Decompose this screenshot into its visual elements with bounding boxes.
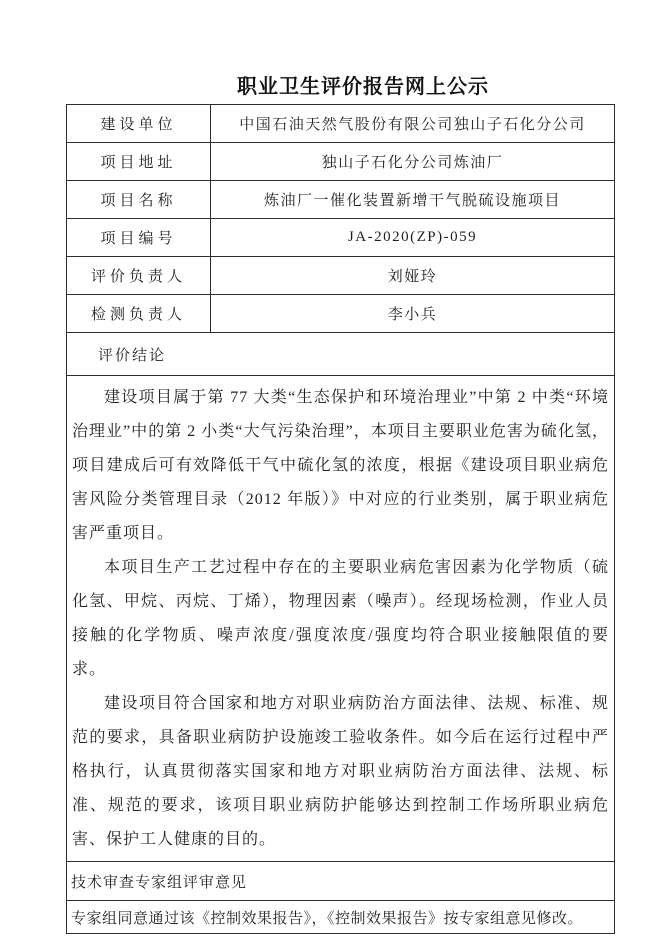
conclusion-paragraph-2: 本项目生产工艺过程中存在的主要职业病危害因素为化学物质（硫化氢、甲烷、丙烷、丁烯… bbox=[72, 551, 609, 687]
report-table: 建设单位 中国石油天然气股份有限公司独山子石化分公司 项目地址 独山子石化分公司… bbox=[66, 104, 615, 934]
page-title: 职业卫生评价报告网上公示 bbox=[0, 0, 670, 104]
table-row-review-header: 技术审查专家组评审意见 bbox=[67, 862, 615, 901]
review-opinion-text: 专家组同意通过该《控制效果报告》，《控制效果报告》按专家组意见修改。 bbox=[67, 901, 615, 934]
row-label-testing-leader: 检测负责人 bbox=[67, 295, 211, 333]
row-value-testing-leader: 李小兵 bbox=[211, 295, 615, 333]
row-value-project-name: 炼油厂一催化装置新增干气脱硫设施项目 bbox=[211, 181, 615, 219]
row-value-project-address: 独山子石化分公司炼油厂 bbox=[211, 143, 615, 181]
conclusion-body-cell: 建设项目属于第 77 大类“生态保护和环境治理业”中第 2 中类“环境治理业”中… bbox=[67, 376, 615, 862]
row-value-evaluation-leader: 刘娅玲 bbox=[211, 257, 615, 295]
conclusion-paragraph-3: 建设项目符合国家和地方对职业病防治方面法律、法规、标准、规范的要求，具备职业病防… bbox=[72, 687, 609, 857]
table-row-project-number: 项目编号 JA-2020(ZP)-059 bbox=[67, 219, 615, 257]
table-row-project-address: 项目地址 独山子石化分公司炼油厂 bbox=[67, 143, 615, 181]
row-label-project-number: 项目编号 bbox=[67, 219, 211, 257]
table-row-testing-leader: 检测负责人 李小兵 bbox=[67, 295, 615, 333]
row-label-construction-unit: 建设单位 bbox=[67, 105, 211, 143]
row-label-evaluation-leader: 评价负责人 bbox=[67, 257, 211, 295]
row-value-project-number: JA-2020(ZP)-059 bbox=[211, 219, 615, 257]
review-header-label: 技术审查专家组评审意见 bbox=[67, 862, 615, 901]
table-row-conclusion-body: 建设项目属于第 77 大类“生态保护和环境治理业”中第 2 中类“环境治理业”中… bbox=[67, 376, 615, 862]
row-value-construction-unit: 中国石油天然气股份有限公司独山子石化分公司 bbox=[211, 105, 615, 143]
table-row-project-name: 项目名称 炼油厂一催化装置新增干气脱硫设施项目 bbox=[67, 181, 615, 219]
row-label-project-address: 项目地址 bbox=[67, 143, 211, 181]
row-label-project-name: 项目名称 bbox=[67, 181, 211, 219]
conclusion-paragraph-1: 建设项目属于第 77 大类“生态保护和环境治理业”中第 2 中类“环境治理业”中… bbox=[72, 381, 609, 551]
table-row-conclusion-header: 评价结论 bbox=[67, 333, 615, 376]
document-page: 职业卫生评价报告网上公示 建设单位 中国石油天然气股份有限公司独山子石化分公司 … bbox=[0, 0, 670, 940]
table-row-review-opinion: 专家组同意通过该《控制效果报告》，《控制效果报告》按专家组意见修改。 bbox=[67, 901, 615, 934]
table-row-construction-unit: 建设单位 中国石油天然气股份有限公司独山子石化分公司 bbox=[67, 105, 615, 143]
table-row-evaluation-leader: 评价负责人 刘娅玲 bbox=[67, 257, 615, 295]
conclusion-header-label: 评价结论 bbox=[67, 333, 615, 376]
